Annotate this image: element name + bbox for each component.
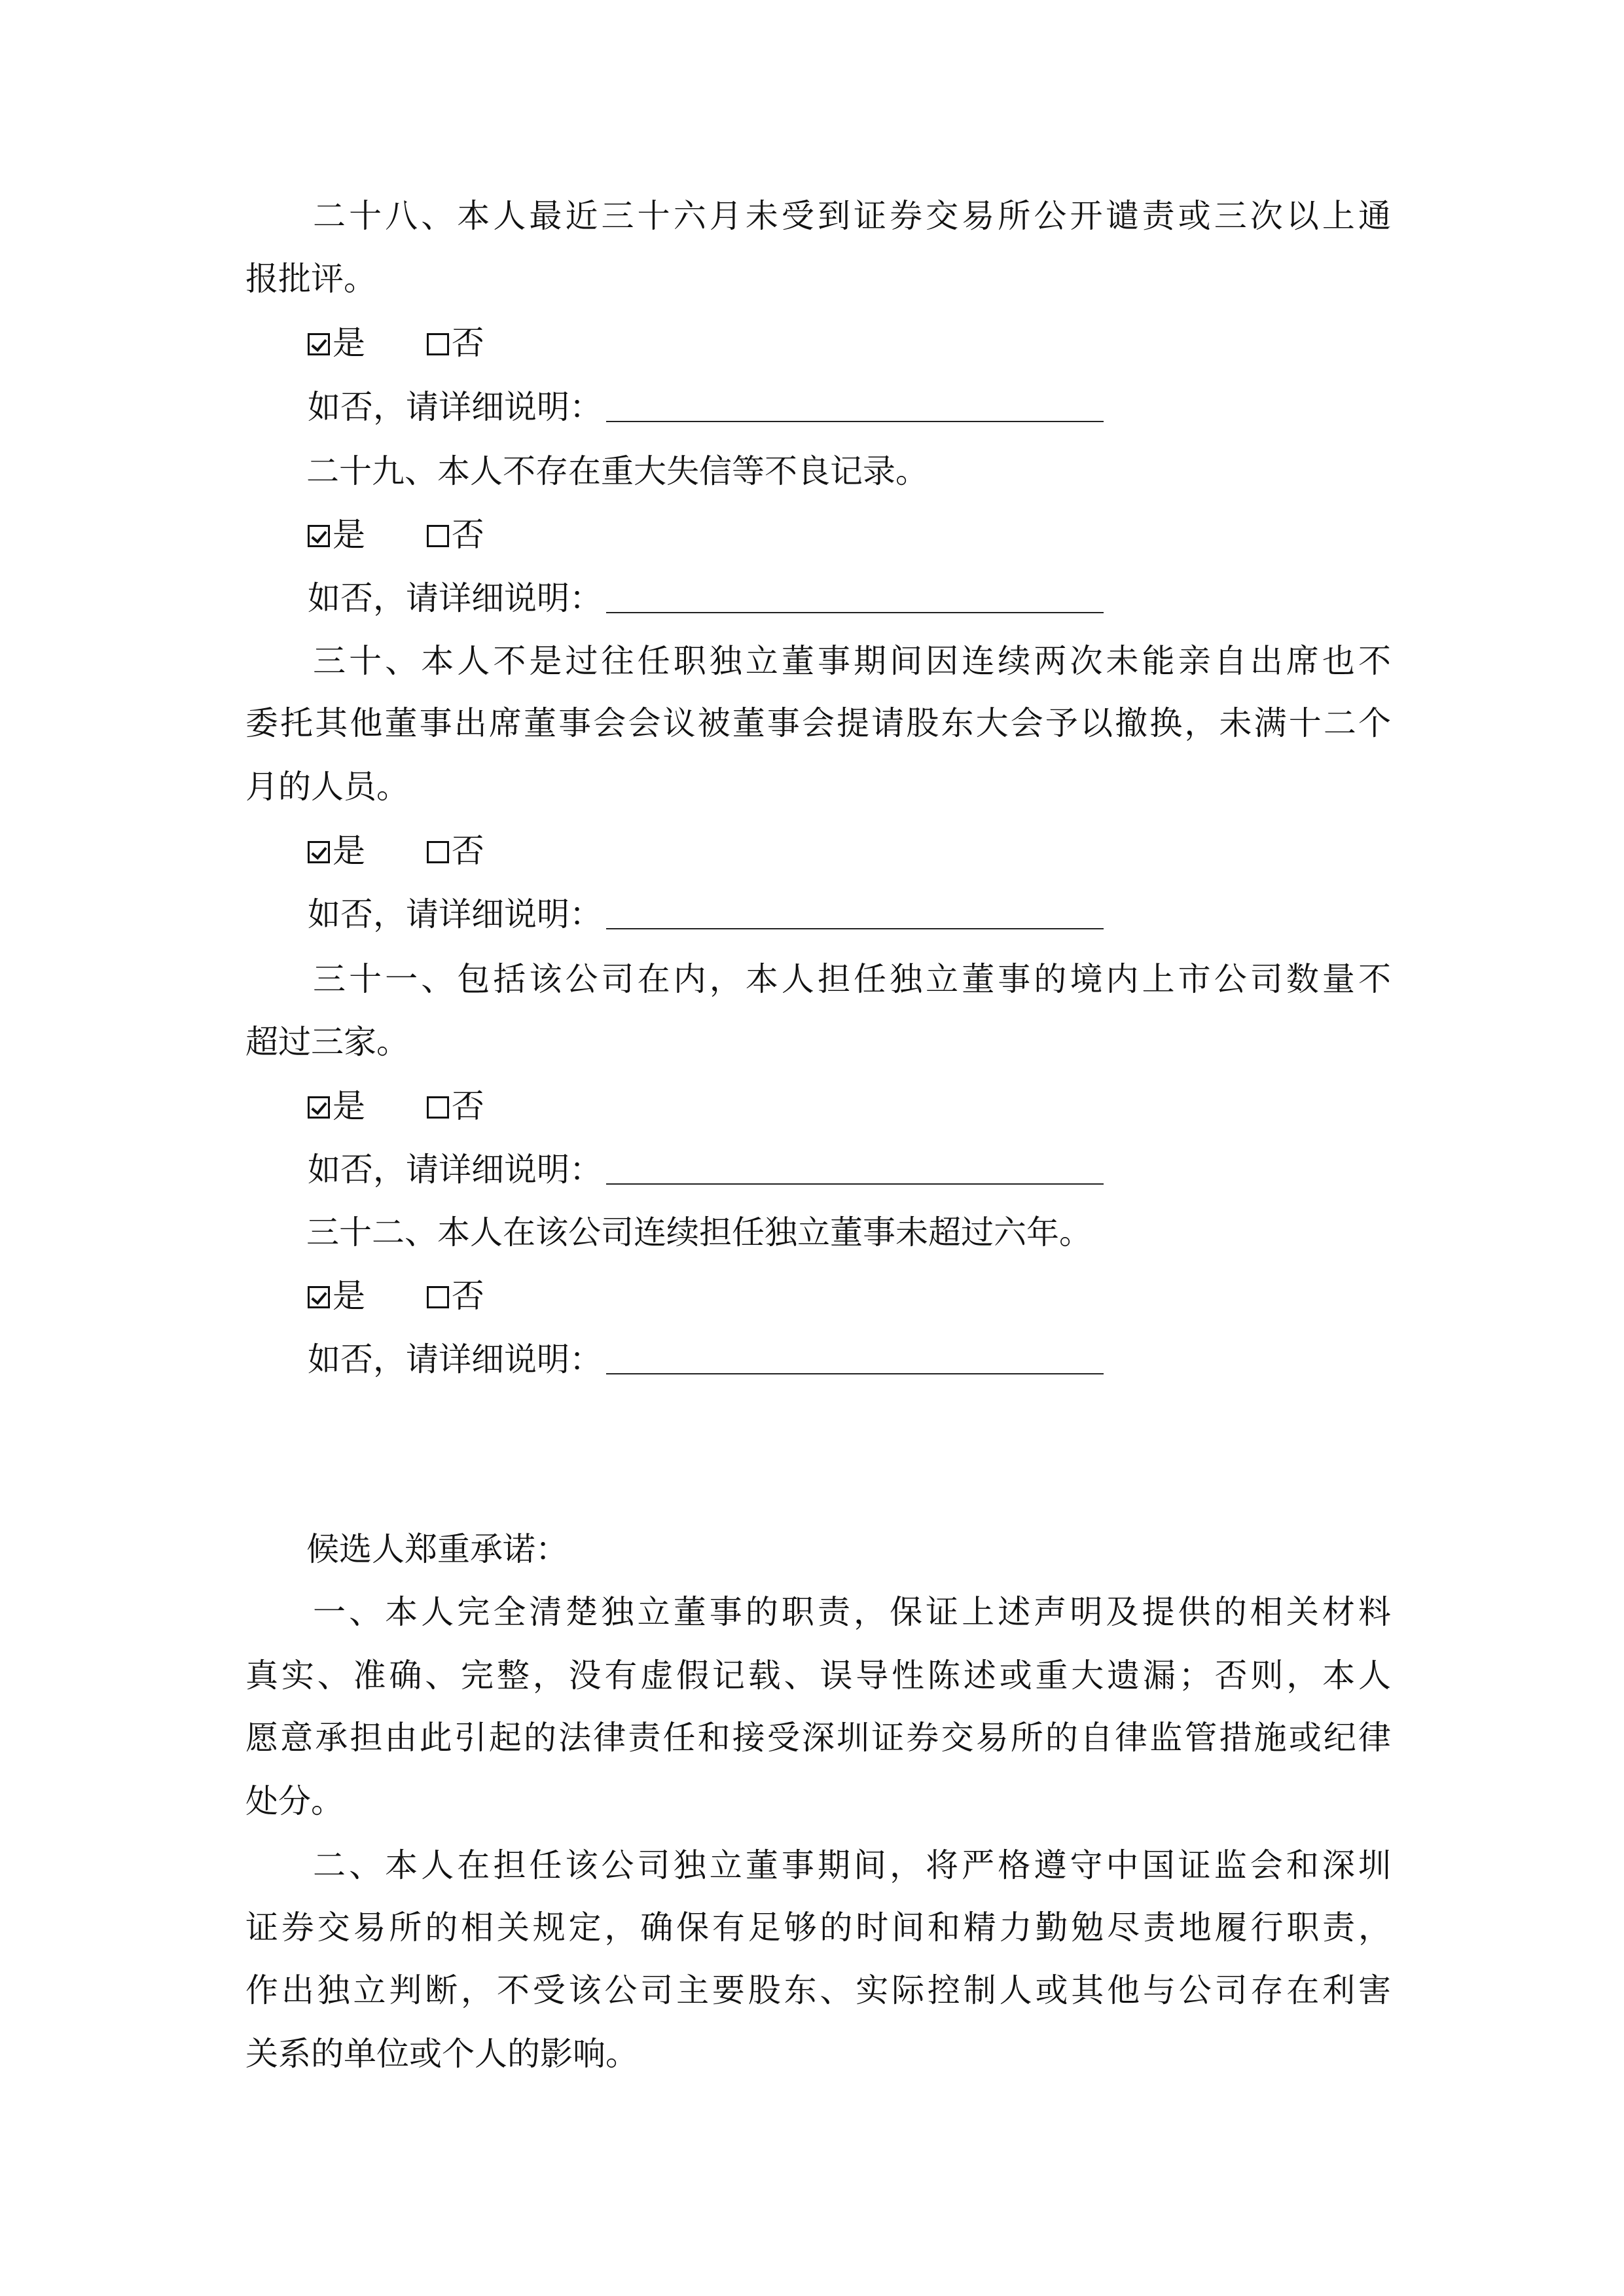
checkbox-yes-checked[interactable] xyxy=(308,525,330,547)
checkbox-yes-checked[interactable] xyxy=(308,1286,330,1308)
commitment-2-line-1: 二、本人在担任该公司独立董事期间，将严格遵守中国证监会和深圳 xyxy=(313,1846,1391,1885)
no-label: 否 xyxy=(452,1277,484,1315)
item-29-detail: 如否，请详细说明： xyxy=(308,579,1104,618)
detail-blank-field[interactable] xyxy=(606,1344,1104,1374)
yes-label: 是 xyxy=(333,1277,365,1315)
item-30-line-2: 委托其他董事出席董事会会议被董事会提请股东大会予以撤换，未满十二个 xyxy=(245,704,1391,743)
commitment-1-line-2: 真实、准确、完整，没有虚假记载、误导性陈述或重大遗漏；否则，本人 xyxy=(245,1656,1391,1695)
detail-label: 如否，请详细说明： xyxy=(308,1340,602,1378)
detail-label: 如否，请详细说明： xyxy=(308,388,602,426)
checkbox-no[interactable] xyxy=(427,1286,449,1308)
checkbox-yes-checked[interactable] xyxy=(308,1096,330,1119)
item-32-detail: 如否，请详细说明： xyxy=(308,1340,1104,1379)
detail-label: 如否，请详细说明： xyxy=(308,895,602,933)
commitment-heading: 候选人郑重承诺： xyxy=(306,1530,568,1569)
checkbox-no[interactable] xyxy=(427,1096,449,1119)
item-31-line-2: 超过三家。 xyxy=(245,1022,409,1062)
checkbox-no[interactable] xyxy=(427,333,449,355)
yes-label: 是 xyxy=(333,1087,365,1125)
item-28-detail: 如否，请详细说明： xyxy=(308,387,1104,427)
item-32-choices: 是 否 xyxy=(308,1276,484,1316)
yes-label: 是 xyxy=(333,324,365,362)
detail-label: 如否，请详细说明： xyxy=(308,579,602,617)
item-30-line-3: 月的人员。 xyxy=(245,767,409,806)
item-29-line-1: 二十九、本人不存在重大失信等不良记录。 xyxy=(306,452,928,491)
item-31-choices: 是 否 xyxy=(308,1086,484,1126)
item-28-line-1: 二十八、本人最近三十六月未受到证券交易所公开谴责或三次以上通 xyxy=(313,196,1391,236)
commitment-1-line-1: 一、本人完全清楚独立董事的职责，保证上述声明及提供的相关材料 xyxy=(313,1592,1391,1632)
no-label: 否 xyxy=(452,516,484,554)
item-30-choices: 是 否 xyxy=(308,831,484,870)
checkbox-no[interactable] xyxy=(427,525,449,547)
commitment-1-line-4: 处分。 xyxy=(245,1782,344,1821)
commitment-1-line-3: 愿意承担由此引起的法律责任和接受深圳证券交易所的自律监管措施或纪律 xyxy=(245,1718,1391,1757)
commitment-2-line-2: 证券交易所的相关规定，确保有足够的时间和精力勤勉尽责地履行职责， xyxy=(245,1908,1391,1947)
detail-blank-field[interactable] xyxy=(606,392,1104,422)
detail-blank-field[interactable] xyxy=(606,1155,1104,1185)
document-page: 二十八、本人最近三十六月未受到证券交易所公开谴责或三次以上通 报批评。 是 否 … xyxy=(0,0,1624,2296)
item-31-line-1: 三十一、包括该公司在内，本人担任独立董事的境内上市公司数量不 xyxy=(313,960,1391,999)
commitment-2-line-4: 关系的单位或个人的影响。 xyxy=(245,2034,638,2073)
detail-blank-field[interactable] xyxy=(606,583,1104,613)
checkbox-no[interactable] xyxy=(427,841,449,863)
detail-label: 如否，请详细说明： xyxy=(308,1151,602,1189)
item-30-detail: 如否，请详细说明： xyxy=(308,895,1104,934)
yes-label: 是 xyxy=(333,516,365,554)
checkbox-yes-checked[interactable] xyxy=(308,841,330,863)
item-29-choices: 是 否 xyxy=(308,515,484,554)
no-label: 否 xyxy=(452,1087,484,1125)
item-28-choices: 是 否 xyxy=(308,323,484,363)
yes-label: 是 xyxy=(333,832,365,870)
item-30-line-1: 三十、本人不是过往任职独立董事期间因连续两次未能亲自出席也不 xyxy=(313,641,1391,681)
item-31-detail: 如否，请详细说明： xyxy=(308,1150,1104,1189)
no-label: 否 xyxy=(452,324,484,362)
checkbox-yes-checked[interactable] xyxy=(308,333,330,355)
no-label: 否 xyxy=(452,832,484,870)
detail-blank-field[interactable] xyxy=(606,899,1104,929)
commitment-2-line-3: 作出独立判断，不受该公司主要股东、实际控制人或其他与公司存在利害 xyxy=(245,1971,1391,2010)
item-28-line-2: 报批评。 xyxy=(245,259,376,298)
item-32-line-1: 三十二、本人在该公司连续担任独立董事未超过六年。 xyxy=(306,1213,1092,1252)
